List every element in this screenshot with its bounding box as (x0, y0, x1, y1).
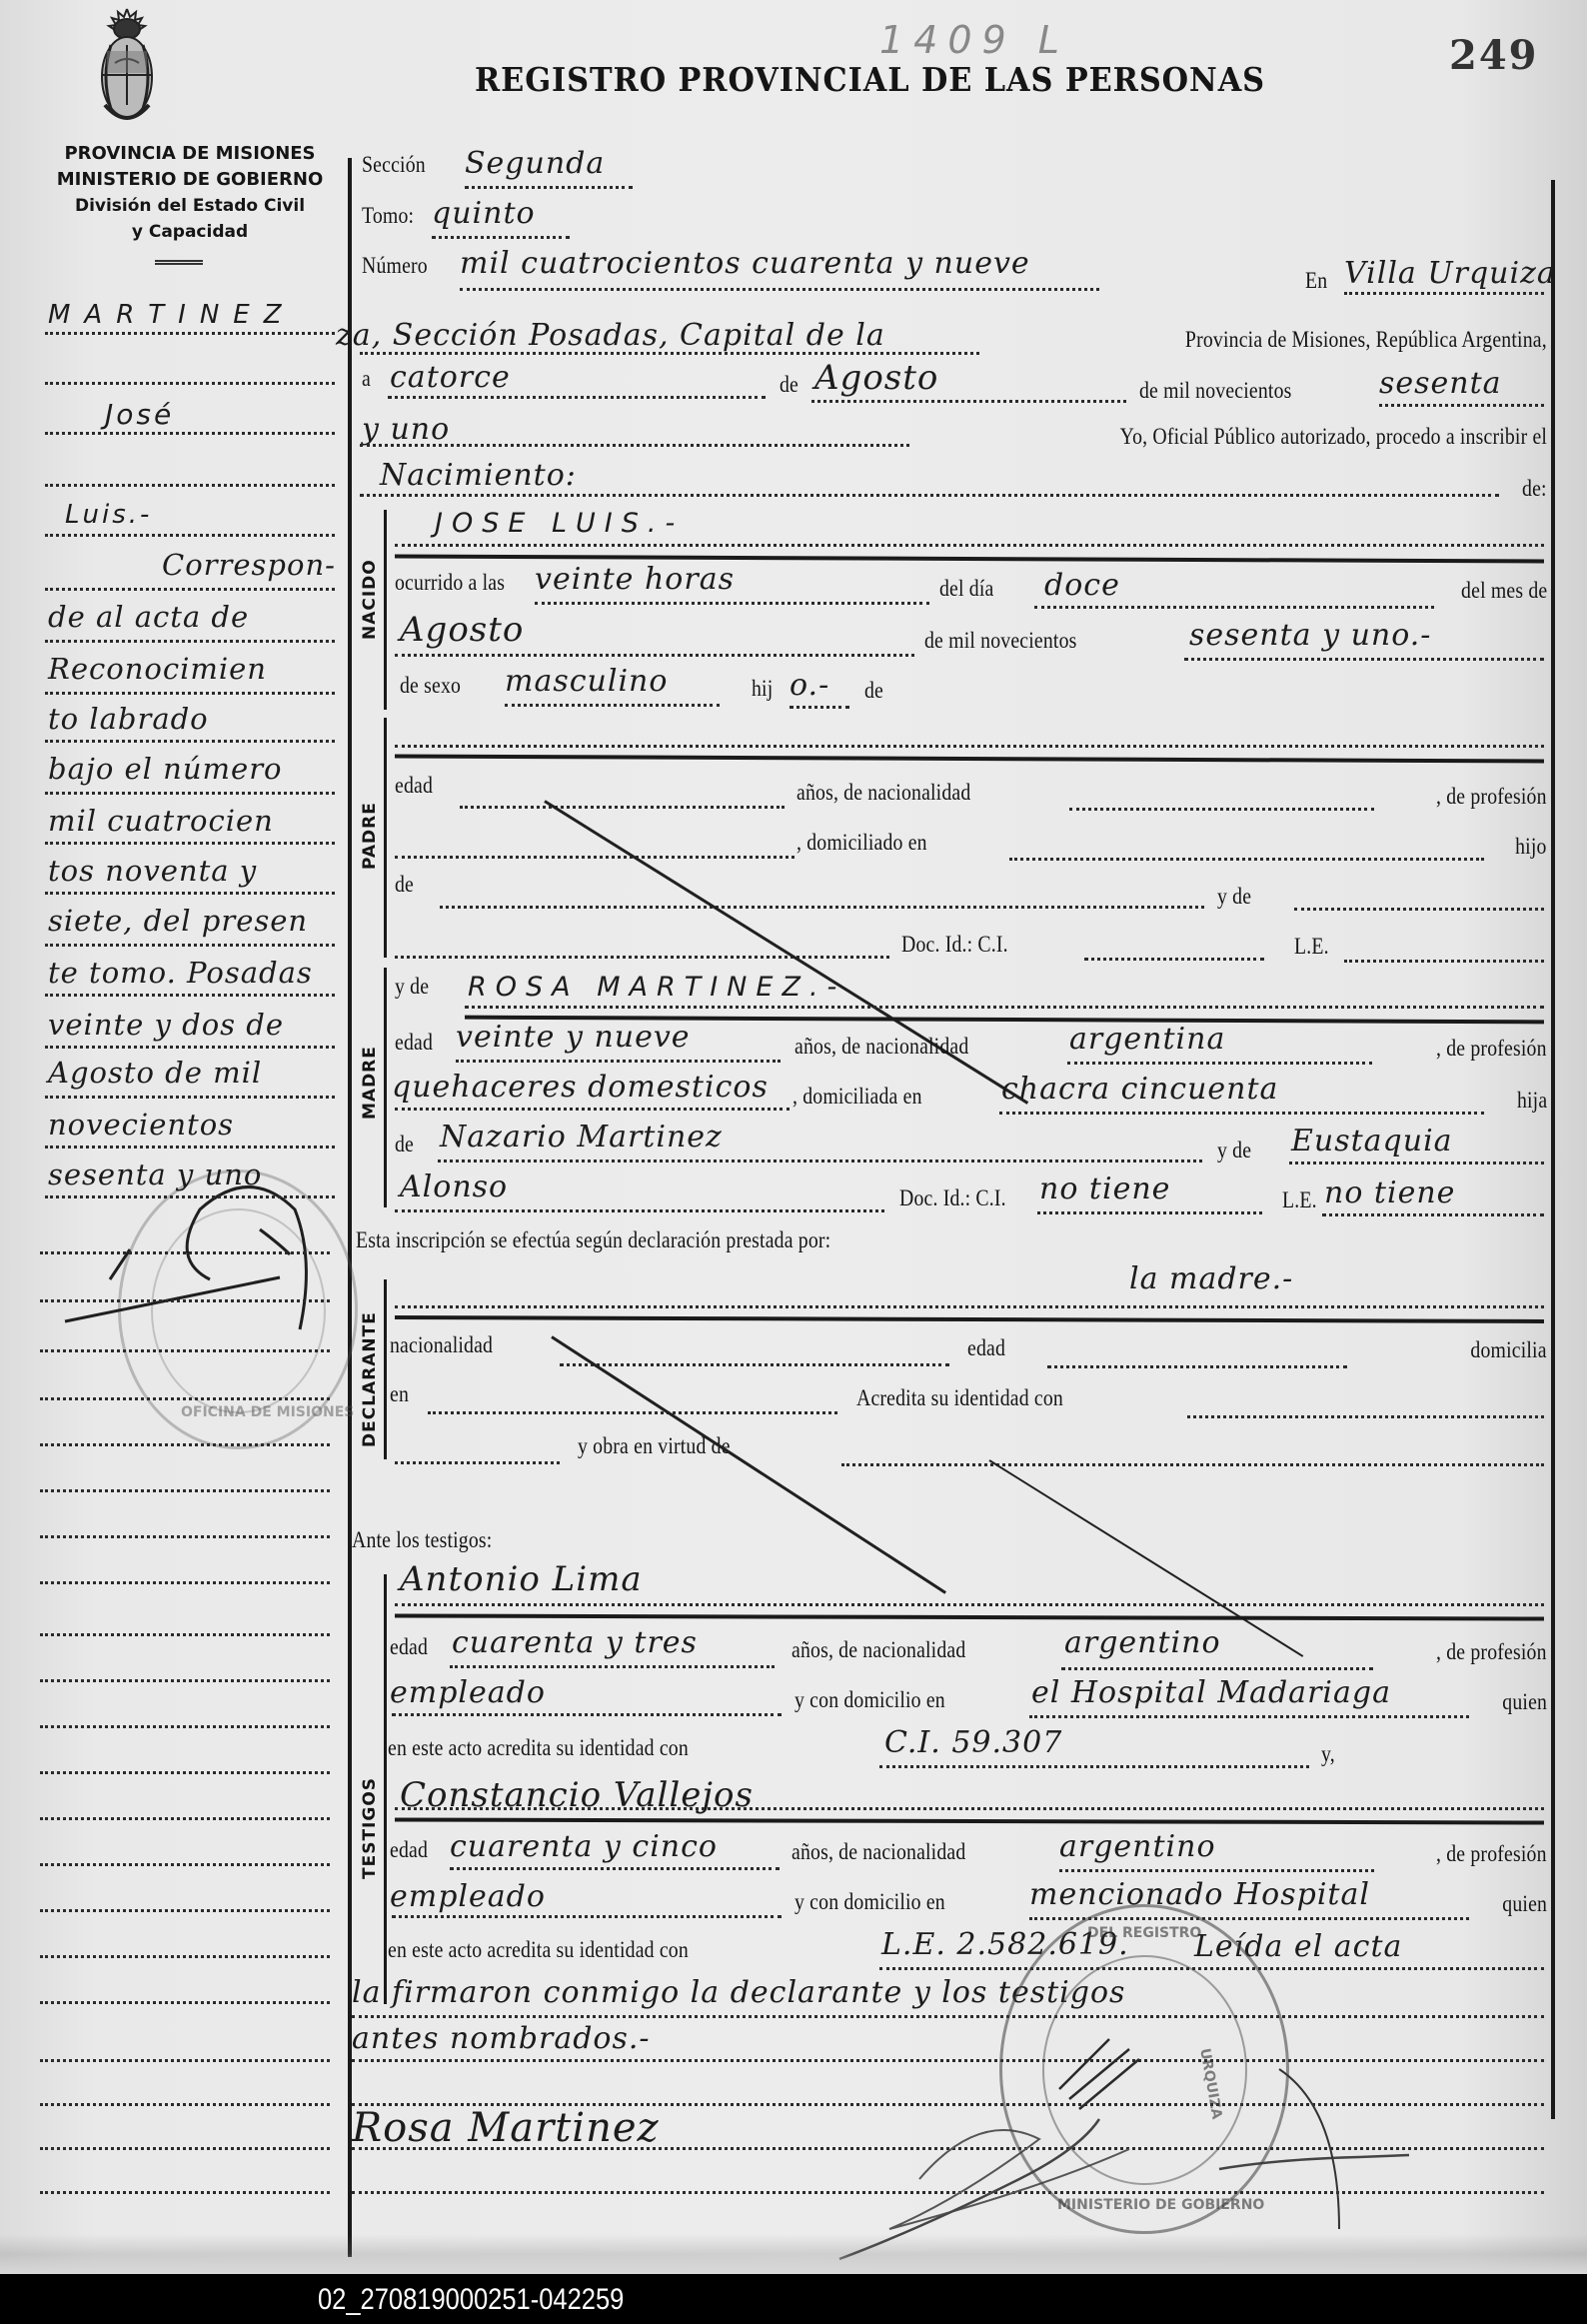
padre-doc-line (395, 956, 889, 959)
madre-madre-value-1: Eustaquia (1291, 1124, 1453, 1159)
witness-1-nacionalidad-value: argentino (1064, 1625, 1221, 1660)
witness-1-nac-line (1061, 1667, 1373, 1670)
declarante-edad-label: edad (967, 1335, 1005, 1361)
nacido-de-mil-label: de mil novecientos (924, 628, 1077, 654)
witness-2-edad-value: cuarenta y cinco (450, 1829, 718, 1864)
ocurrido-label: ocurrido a las (395, 570, 505, 596)
witness-1-domicilio-value: el Hospital Madariaga (1031, 1675, 1391, 1710)
declarante-domicilia-label: domicilia (1471, 1337, 1547, 1363)
madre-padre-value: Nazario Martinez (440, 1120, 723, 1155)
seccion-label: Sección (362, 152, 426, 178)
de-colon-label: de: (1522, 476, 1547, 502)
witness-2-anos-label: años, de nacionalidad (792, 1839, 965, 1865)
de-label: de (780, 372, 798, 398)
madre-prof-line (395, 1108, 790, 1111)
de-mil-label: de mil novecientos (1139, 378, 1292, 404)
padre-bracket (384, 718, 387, 958)
madre-edad-line (456, 1060, 781, 1063)
padre-profesion-label: , de profesión (1436, 784, 1547, 810)
tomo-label: Tomo: (362, 203, 414, 229)
year-value-1: sesenta (1379, 366, 1502, 401)
margin-note-line-10: veinte y dos de (48, 1008, 284, 1042)
padre-name-line (395, 745, 1544, 748)
padre-de-line (440, 906, 1204, 909)
declarante-nacionalidad-label: nacionalidad (390, 1332, 493, 1358)
org-underline (155, 260, 203, 265)
margin-note-line-1: Correspon- (162, 548, 336, 582)
margin-surname: MARTINEZ (48, 300, 296, 330)
declarante-bracket (384, 1279, 387, 1459)
signature-declarante: Rosa Martinez (352, 2105, 660, 2151)
witness-1-domicilio-label: y con domicilio en (794, 1687, 945, 1713)
madre-name-value: ROSA MARTINEZ.- (468, 972, 845, 1003)
padre-de-label: de (395, 872, 414, 898)
witness-2-quien-label: quien (1502, 1891, 1547, 1917)
a-label: a (362, 366, 371, 392)
declarante-obra-pre-line (395, 1461, 560, 1464)
margin-name-2: Luis.- (65, 500, 152, 530)
scan-id: 02_270819000251-042259 (318, 2283, 624, 2317)
padre-nac-line (1069, 808, 1374, 811)
margin-rule-1 (45, 332, 335, 335)
madre-doc-line (395, 1209, 884, 1212)
madre-y-de-label2: y de (1217, 1138, 1251, 1163)
madre-le-line (1322, 1213, 1544, 1216)
witness-1-y-label: y, (1321, 1741, 1335, 1767)
declarante-section-label: DECLARANTE (360, 1311, 380, 1447)
madre-y-de-label: y de (395, 974, 429, 1000)
right-stamp-text-bottom: MINISTERIO DE GOBIERNO (1057, 2197, 1264, 2213)
witness-2-profesion-label: , de profesión (1436, 1841, 1547, 1867)
witness-1-edad-value: cuarenta y tres (452, 1625, 698, 1660)
act-line (360, 494, 1499, 497)
place-line-2 (360, 352, 979, 355)
witness-1-divider (395, 1613, 1544, 1620)
act-value: Nacimiento: (380, 458, 577, 493)
closing-line-2-rule (352, 2015, 1544, 2018)
mes-line (395, 654, 914, 657)
provincia-text: Provincia de Misiones, República Argenti… (1185, 327, 1547, 353)
dia-value: doce (1044, 568, 1120, 603)
margin-rule-4 (45, 484, 335, 487)
right-official-stamp: DEL REGISTRO URQUIZA MINISTERIO DE GOBIE… (999, 1904, 1289, 2234)
testigos-bracket (384, 1574, 387, 2004)
day-line (388, 396, 766, 399)
numero-line (460, 288, 1099, 291)
month-line (811, 400, 1126, 403)
witness-1-dom-line (1029, 1715, 1469, 1718)
numero-value: mil cuatrocientos cuarenta y nueve (460, 246, 1030, 281)
witness-1-edad-label: edad (390, 1634, 428, 1660)
madre-doc-label: Doc. Id.: C.I. (899, 1185, 1006, 1211)
tomo-value: quinto (432, 196, 536, 231)
margin-signature-loop-icon (60, 1169, 360, 1369)
margin-rule-3 (45, 432, 335, 435)
madre-section-label: MADRE (360, 1046, 380, 1120)
padre-le-line (1344, 960, 1544, 963)
margin-note-line-13: sesenta y uno (48, 1158, 262, 1191)
margin-note-line-9: te tomo. Posadas (48, 956, 313, 990)
madre-le-value: no tiene (1324, 1175, 1455, 1210)
witness-2-acredita-label: en este acto acredita su identidad con (388, 1937, 689, 1963)
witness-2-profesion-value: empleado (390, 1879, 546, 1914)
org-line-ministry: MINISTERIO DE GOBIERNO (40, 169, 340, 190)
madre-profesion-value: quehaceres domesticos (392, 1070, 769, 1105)
hora-line (535, 602, 929, 605)
declarante-obra-line (841, 1463, 1544, 1466)
torn-edge (0, 2234, 1587, 2274)
madre-profesion-label: , de profesión (1436, 1036, 1547, 1062)
padre-hijo-label: hijo (1516, 834, 1547, 860)
org-line-division: División del Estado Civil (40, 196, 340, 216)
numero-label: Número (362, 253, 428, 279)
sexo-label: de sexo (400, 673, 461, 699)
declarante-nac-line (560, 1363, 949, 1366)
nacido-name-line (395, 544, 1544, 547)
right-border (1551, 180, 1555, 2119)
madre-nac-line (1067, 1062, 1372, 1065)
madre-ci-value: no tiene (1039, 1171, 1170, 1206)
witness-1-id-line (879, 1765, 1309, 1768)
witness-1-acredita-label: en este acto acredita su identidad con (388, 1735, 689, 1761)
closing-line-3: antes nombrados.- (352, 2021, 651, 2056)
nacido-de-label: de (864, 678, 883, 704)
official-text: Yo, Oficial Público autorizado, procedo … (1119, 424, 1547, 450)
witness-1-prof-line (392, 1713, 782, 1716)
madre-anos-label: años, de nacionalidad (794, 1034, 968, 1060)
madre-domiciliada-label: , domiciliada en (793, 1084, 922, 1110)
margin-note-line-6: mil cuatrocien (48, 804, 274, 838)
madre-edad-label: edad (395, 1030, 433, 1056)
org-line-capacidad: y Capacidad (40, 222, 340, 242)
madre-le-label: L.E. (1282, 1187, 1317, 1213)
margin-note-line-11: Agosto de mil (48, 1056, 262, 1090)
margin-note-line-3: Reconocimien (48, 652, 267, 686)
declarante-edad-line (1047, 1365, 1347, 1368)
witness-1-profesion-label: , de profesión (1436, 1639, 1547, 1665)
hora-value: veinte horas (535, 562, 735, 597)
org-line-province: PROVINCIA DE MISIONES (40, 143, 340, 164)
padre-edad-label: edad (395, 773, 433, 799)
witness-1-id-value: C.I. 59.307 (884, 1725, 1062, 1760)
madre-ci-line (1037, 1211, 1262, 1214)
document-title: REGISTRO PROVINCIAL DE LAS PERSONAS (475, 60, 1265, 99)
del-mes-label: del mes de (1461, 578, 1547, 604)
madre-name-line (465, 1006, 1544, 1009)
witness-1-quien-label: quien (1502, 1689, 1547, 1715)
madre-hija-label: hija (1517, 1088, 1547, 1114)
testigos-section-label: TESTIGOS (360, 1777, 380, 1879)
hij-value: o.- (790, 668, 829, 703)
seccion-value: Segunda (465, 146, 605, 181)
year-line-1 (1379, 404, 1544, 407)
madre-de-label: de (395, 1132, 414, 1158)
declarante-acredita-label: Acredita su identidad con (856, 1385, 1063, 1411)
margin-note-line-4: to labrado (48, 702, 209, 736)
year-value-2: y uno (362, 412, 450, 447)
padre-domiciliado-label: , domiciliado en (796, 830, 927, 856)
month-value: Agosto (814, 358, 938, 398)
madre-bracket (384, 968, 387, 1207)
document-page: PROVINCIA DE MISIONES MINISTERIO DE GOBI… (0, 0, 1587, 2274)
place-line-1 (1344, 292, 1544, 295)
margin-note-line-12: novecientos (48, 1108, 234, 1142)
testigos-intro: Ante los testigos: (352, 1527, 492, 1553)
declarante-name-line (395, 1305, 1544, 1308)
margin-rule-5 (45, 534, 335, 537)
margin-rule-2 (45, 382, 335, 385)
declarante-acredita-line (1187, 1415, 1544, 1418)
declarante-en-line (428, 1411, 837, 1414)
witness-2-domicilio-value: mencionado Hospital (1029, 1877, 1370, 1912)
padre-divider (395, 754, 1544, 763)
padre-y-de-label: y de (1217, 884, 1251, 910)
madre-madre-value-2: Alonso (400, 1169, 508, 1204)
en-label: En (1305, 268, 1327, 294)
anio-line (1184, 658, 1544, 661)
declarante-divider (395, 1315, 1544, 1323)
coat-of-arms-icon (97, 5, 157, 131)
page-number: 249 (1449, 32, 1539, 79)
del-dia-label: del día (939, 576, 993, 602)
sexo-value: masculino (505, 664, 668, 699)
margin-note-line-8: siete, del presen (48, 904, 308, 938)
madre-nacionalidad-value: argentina (1069, 1022, 1225, 1057)
witness-2-prof-line (392, 1915, 782, 1918)
witness-1-name-line (395, 1603, 1544, 1606)
witness-2-name-line (395, 1807, 1544, 1810)
madre-edad-value: veinte y nueve (456, 1020, 691, 1055)
witness-1-anos-label: años, de nacionalidad (792, 1637, 965, 1663)
nacido-bracket (384, 510, 387, 710)
witness-2-nac-line (1059, 1869, 1374, 1872)
sexo-line (505, 704, 720, 707)
declarante-en-label: en (390, 1381, 409, 1407)
witness-1-name: Antonio Lima (400, 1559, 643, 1599)
margin-note-line-5: bajo el número (48, 752, 283, 786)
year-line-2 (360, 444, 909, 447)
nacido-section-label: NACIDO (360, 559, 380, 640)
padre-y-de-line (1294, 908, 1544, 911)
declarante-value: la madre.- (1129, 1261, 1293, 1296)
margin-note-line-2: de al acta de (48, 600, 249, 634)
tomo-line (432, 236, 570, 239)
padre-ci-line (1084, 958, 1264, 961)
witness-1-profesion-value: empleado (390, 1675, 546, 1710)
padre-le-label: L.E. (1294, 934, 1329, 960)
left-stamp-text: OFICINA DE MISIONES (181, 1404, 354, 1420)
padre-section-label: PADRE (360, 802, 380, 870)
padre-prof-line (395, 856, 794, 859)
witness-2-edad-line (450, 1867, 780, 1870)
witness-2-nacionalidad-value: argentino (1059, 1829, 1216, 1864)
dia-line (1034, 606, 1434, 609)
pencil-note: 1409 L (879, 18, 1069, 62)
padre-anos-label: años, de nacionalidad (796, 780, 970, 806)
margin-note-line-7: tos noventa y (48, 854, 257, 888)
hij-line (790, 706, 849, 709)
declarante-intro: Esta inscripción se efectúa según declar… (356, 1227, 830, 1253)
day-value: catorce (390, 360, 511, 395)
madre-de-line (438, 1160, 1202, 1162)
witness-2-edad-label: edad (390, 1837, 428, 1863)
madre-domicilio-value: chacra cincuenta (1001, 1072, 1278, 1107)
mes-value: Agosto (400, 610, 524, 650)
hij-label: hij (752, 676, 773, 702)
padre-edad-line (460, 806, 785, 809)
padre-dom-line (1009, 858, 1484, 861)
margin-name-1: José (105, 398, 174, 431)
witness-2-domicilio-label: y con domicilio en (794, 1889, 945, 1915)
place-value-1: Villa Urquiza (1344, 256, 1556, 291)
madre-y-de-line (1289, 1162, 1544, 1164)
place-value-2: za, Sección Posadas, Capital de la (336, 318, 885, 353)
madre-dom-line (999, 1112, 1484, 1115)
nacido-name-value: JOSE LUIS.- (435, 508, 684, 539)
anio-value: sesenta y uno.- (1189, 618, 1431, 653)
padre-doc-label: Doc. Id.: C.I. (901, 932, 1008, 958)
seccion-line (465, 186, 633, 189)
witness-1-edad-line (450, 1665, 775, 1668)
scan-footer-band (0, 2274, 1587, 2324)
right-stamp-text-top: DEL REGISTRO (1087, 1925, 1201, 1941)
witness-2-divider (395, 1817, 1544, 1824)
